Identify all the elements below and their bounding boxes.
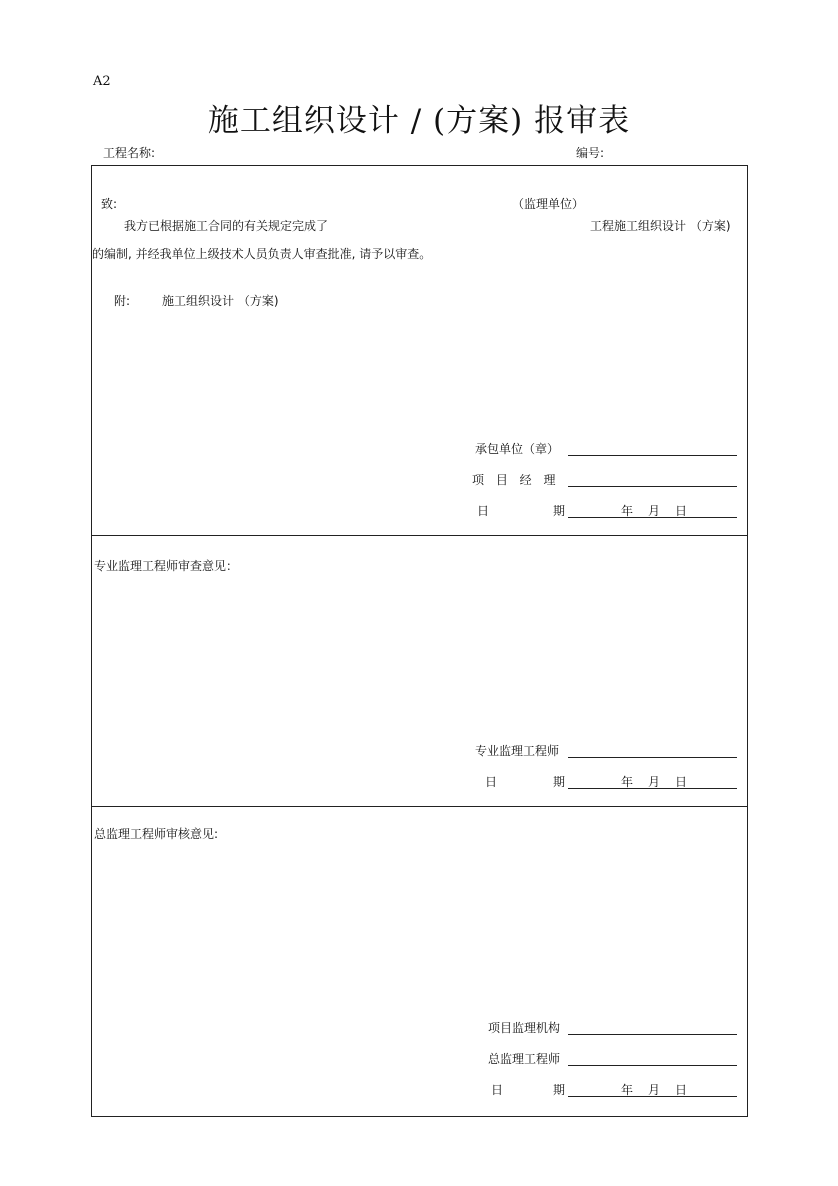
- day-label: 日: [675, 773, 687, 790]
- date-label-qi: 期: [553, 1081, 565, 1098]
- date-label-ri: 日: [491, 1081, 503, 1098]
- number-label: 编号:: [576, 144, 604, 161]
- chief-field[interactable]: [568, 1065, 737, 1066]
- contractor-field[interactable]: [568, 455, 737, 456]
- contractor-label: 承包单位（章）: [475, 440, 559, 457]
- day-label: 日: [675, 1081, 687, 1098]
- year-label: 年: [621, 1081, 633, 1098]
- date-label-qi: 期: [553, 773, 565, 790]
- page-title: 施工组织设计 / (方案) 报审表: [0, 95, 838, 140]
- year-label: 年: [621, 773, 633, 790]
- year-label: 年: [621, 502, 633, 519]
- review-heading: 专业监理工程师审查意见：: [94, 557, 238, 574]
- month-label: 月: [648, 502, 660, 519]
- date-label-ri: 日: [477, 502, 489, 519]
- section-divider: [91, 806, 748, 807]
- statement-line2: 的编制, 并经我单位上级技术人员负责人审查批准, 请予以审查。: [92, 245, 431, 262]
- date-label-qi: 期: [553, 502, 565, 519]
- statement-line1-right: 工程施工组织设计 （方案): [590, 217, 731, 234]
- to-label: 致:: [101, 195, 117, 212]
- attach-label: 附:: [114, 292, 130, 309]
- org-field[interactable]: [568, 1034, 737, 1035]
- engineer-label: 专业监理工程师: [475, 742, 559, 759]
- month-label: 月: [648, 1081, 660, 1098]
- date-label-ri: 日: [485, 773, 497, 790]
- engineer-field[interactable]: [568, 757, 737, 758]
- day-label: 日: [675, 502, 687, 519]
- chief-review-heading: 总监理工程师审核意见:: [94, 825, 218, 842]
- month-label: 月: [648, 773, 660, 790]
- section-divider: [91, 535, 748, 536]
- attach-value: 施工组织设计 （方案): [162, 292, 279, 309]
- chief-label: 总监理工程师: [488, 1050, 560, 1067]
- manager-label: 项 目 经 理: [472, 471, 555, 488]
- org-label: 项目监理机构: [488, 1019, 560, 1036]
- form-code: A2: [93, 74, 111, 89]
- manager-field[interactable]: [568, 486, 737, 487]
- supervisor-unit-label: （监理单位）: [512, 195, 584, 212]
- project-name-label: 工程名称:: [103, 144, 155, 161]
- statement-line1-left: 我方已根据施工合同的有关规定完成了: [124, 217, 328, 234]
